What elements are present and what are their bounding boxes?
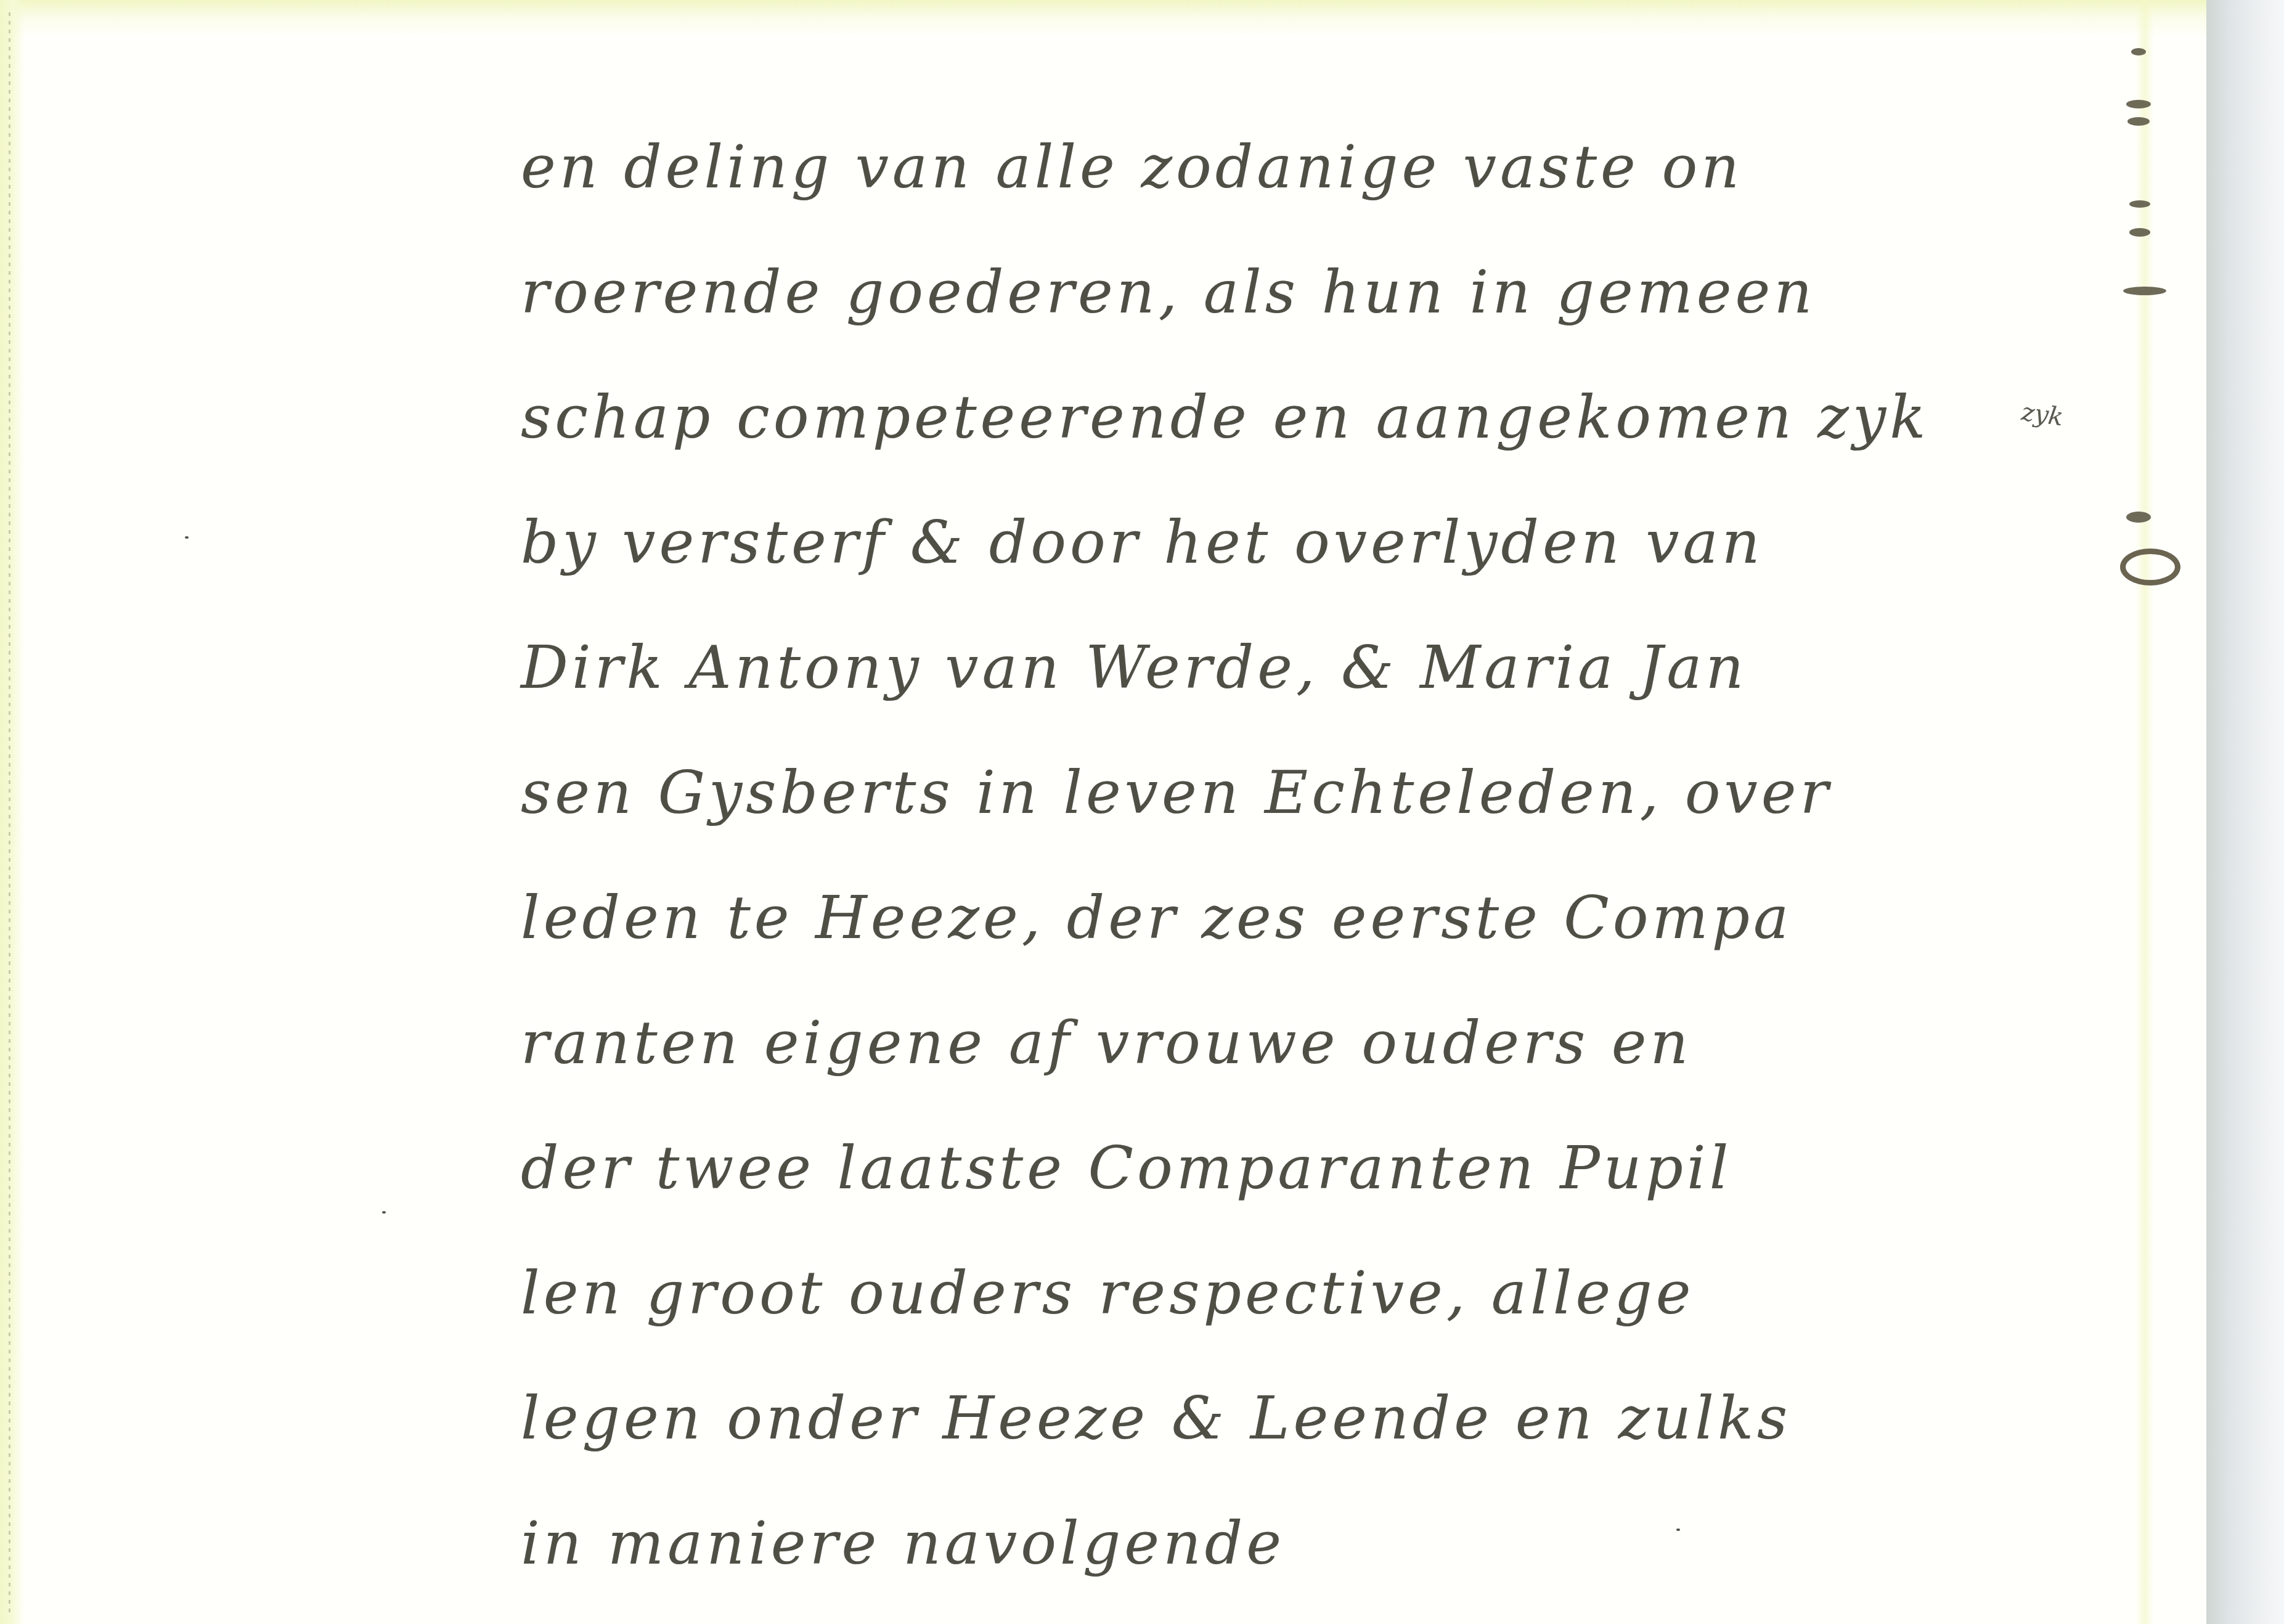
- text-line-1: en deling van alle zodanige vaste on: [521, 105, 2062, 230]
- binding-hole: [2131, 48, 2146, 55]
- text-line-8: ranten eigene af vrouwe ouders en: [521, 981, 2062, 1106]
- manuscript-page: zyk en deling van alle zodanige vaste on…: [0, 0, 2206, 1624]
- text-line-7: leden te Heeze, der zes eerste Compa: [521, 855, 2062, 981]
- text-line-9: der twee laatste Comparanten Pupil: [521, 1106, 2062, 1231]
- binding-hole: [2129, 228, 2150, 237]
- scanner-background-strip: [2206, 0, 2284, 1624]
- page-top-edge-stain: [0, 0, 2206, 37]
- page-left-edge-stain: [0, 0, 25, 1624]
- handwritten-text-body: en deling van alle zodanige vaste on roe…: [521, 105, 2062, 1606]
- text-line-6: sen Gysberts in leven Echteleden, over: [521, 730, 2062, 855]
- binding-ring-hole: [2120, 549, 2180, 586]
- text-line-5: Dirk Antony van Werde, & Maria Jan: [521, 605, 2062, 730]
- binding-hole: [2129, 200, 2150, 208]
- text-line-10: len groot ouders respective, allege: [521, 1231, 2062, 1356]
- text-line-2: roerende goederen, als hun in gemeen: [521, 230, 2062, 355]
- binding-hole: [2126, 512, 2151, 523]
- page-left-fold-line: [9, 12, 10, 1615]
- binding-hole: [2123, 287, 2166, 295]
- binding-line: [2135, 0, 2154, 1624]
- ink-speck: [185, 536, 189, 539]
- text-line-11: legen onder Heeze & Leende en zulks: [521, 1356, 2062, 1481]
- text-line-12: in maniere navolgende: [521, 1481, 2062, 1606]
- text-line-3: schap competeerende en aangekomen zyk: [521, 355, 2062, 480]
- binding-hole: [2127, 117, 2150, 126]
- ink-speck: [382, 1211, 386, 1214]
- text-line-4: by versterf & door het overlyden van: [521, 480, 2062, 605]
- binding-hole: [2126, 100, 2151, 108]
